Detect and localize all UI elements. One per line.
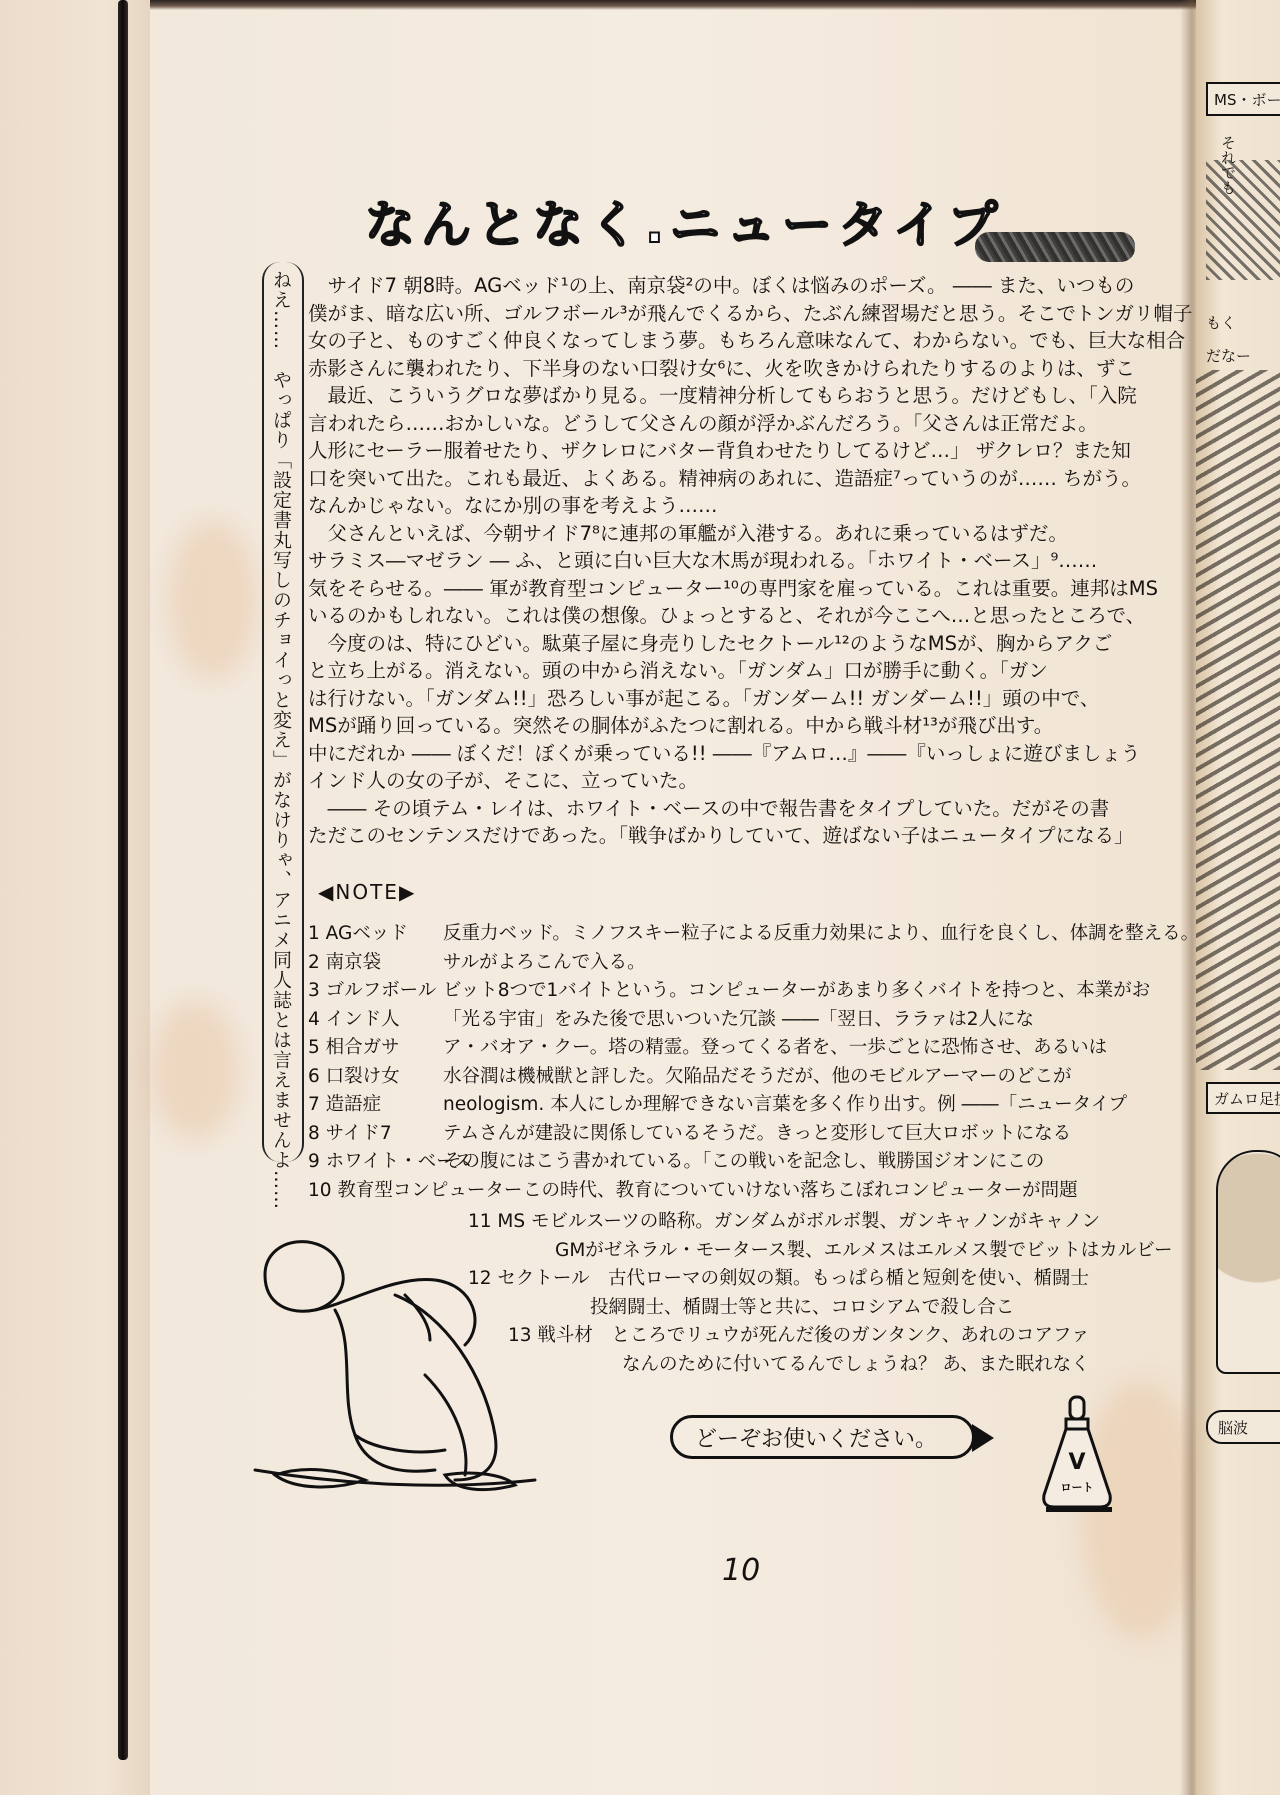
body-line: いるのかもしれない。これは僕の想像。ひょっとすると、それが今ここへ…と思ったとこ… [308,602,1208,630]
comic-caption-box: MS・ボール [1206,82,1280,116]
page-top-shadow [150,0,1280,10]
page-number: 10 [722,1553,760,1588]
note-term: 3 ゴルフボール [308,977,443,1006]
body-line: 人形にセーラー服着せたり、ザクレロにバター背負わせたりしてるけど…」 ザクレロ？… [308,437,1208,465]
body-line: 女の子と、ものすごく仲良くなってしまう夢。もちろん意味なんて、わからない。でも、… [308,327,1208,355]
note-item: 5 相合ガサア・バオア・クー。塔の精霊。登ってくる者を、一歩ごとに恐怖させ、ある… [308,1034,1208,1063]
body-line: サラミス―マゼラン ― ふ、と頭に白い巨大な木馬が現われる。「ホワイト・ベース」… [308,547,1208,575]
note-item: 8 サイド7テムさんが建設に関係しているそうだ。きっと変形して巨大ロボットになる [308,1120,1208,1149]
note-desc: 反重力ベッド。ミノフスキー粒子による反重力効果により、血行を良くし、体調を整える… [443,920,1199,949]
note-desc: ビット8つで1バイトという。コンピューターがあまり多くバイトを持つと、本業がお [443,977,1150,1006]
bottle-label-rohto: ロート [1061,1481,1094,1494]
page-title: なんとなく.ニュータイプ [365,185,1004,257]
comic-text-fragment: だなー [1206,345,1251,366]
note-term: 9 ホワイト・ベース [308,1148,443,1177]
page-sheet [150,0,1200,1795]
author-scribble [975,232,1135,262]
comic-caption-box: 脳波 [1206,1410,1280,1444]
paper-stain [168,520,258,680]
body-line: ただこのセンテンスだけであった。「戦争ばかりしていて、遊ばない子はニュータイプに… [308,822,1208,850]
note-term: 10 教育型コンピューター [308,1177,523,1206]
comic-caption-bottom: 脳波 [1218,1417,1248,1438]
note-item: 12 セクトール 古代ローマの剣奴の類。もっぱら楯と短剣を使い、楯闘士 [468,1265,1228,1294]
binding-edge [118,0,128,1760]
body-line: インド人の女の子が、そこに、立っていた。 [308,767,1208,795]
note-desc: その腹にはこう書かれている。「この戦いを記念し、戦勝国ジオンにこの [443,1148,1044,1177]
note-term: 1 AGベッド [308,920,443,949]
comic-artwork [1196,370,1280,1070]
body-line: 口を突いて出た。これも最近、よくある。精神病のあれに、造語症⁷っていうのが…… … [308,465,1208,493]
note-item: 9 ホワイト・ベースその腹にはこう書かれている。「この戦いを記念し、戦勝国ジオン… [308,1148,1208,1177]
body-line: MSが踊り回っている。突然その胴体がふたつに割れる。中から戦斗材¹³が飛び出す。 [308,712,1208,740]
note-item: 4 インド人「光る宇宙」をみた後で思いついた冗談 ――「翌日、ララァは2人にな [308,1006,1208,1035]
note-item: 6 口裂け女水谷潤は機械獣と評した。欠陥品だそうだが、他のモビルアーマーのどこが [308,1063,1208,1092]
paper-stain [150,1000,240,1140]
eye-drop-bottle-icon: V ロート [1038,1395,1116,1513]
note-desc: テムさんが建設に関係しているそうだ。きっと変形して巨大ロボットになる [443,1120,1071,1149]
body-line: サイド7 朝8時。AGベッド¹の上、南京袋²の中。ぼくは悩みのポーズ。 ―― ま… [308,272,1208,300]
body-line: と立ち上がる。消えない。頭の中から消えない。「ガンダム」口が勝手に動く。「ガン [308,657,1208,685]
bottle-label-v: V [1068,1450,1085,1475]
note-item: 1 AGベッド反重力ベッド。ミノフスキー粒子による反重力効果により、血行を良くし… [308,920,1208,949]
comic-artwork [1206,160,1280,280]
speech-bubble: どーぞお使いください。 [670,1415,975,1459]
note-item: 7 造語症neologism. 本人にしか理解できない言葉を多く作り出す。例 ―… [308,1091,1208,1120]
sitting-boy-illustration [245,1235,540,1500]
note-item: 13 戦斗材 ところでリュウが死んだ後のガンタンク、あれのコアファ [508,1322,1228,1351]
body-line: 言われたら……おかしいな。どうして父さんの顔が浮かぶんだろう。「父さんは正常だよ… [308,410,1208,438]
body-line: 最近、こういうグロな夢ばかり見る。一度精神分析してもらおうと思う。だけどもし、「… [308,382,1208,410]
note-item: なんのために付いてるんでしょうね？ あ、また眠れなく [622,1351,1228,1380]
adjacent-comic-page: MS・ボール それでも もく だなー ガムロ足技 脳波 [1196,0,1280,1795]
body-line: 父さんといえば、今朝サイド7⁸に連邦の軍艦が入港する。あれに乗っているはずだ。 [308,520,1208,548]
note-item: 投網闘士、楯闘士等と共に、コロシアムで殺し合こ [590,1294,1228,1323]
notes-list: 1 AGベッド反重力ベッド。ミノフスキー粒子による反重力効果により、血行を良くし… [308,920,1208,1205]
note-desc: neologism. 本人にしか理解できない言葉を多く作り出す。例 ――「ニュー… [443,1091,1127,1120]
notes-list-indented: 11 MS モビルスーツの略称。ガンダムがボルボ製、ガンキャノンがキャノン GM… [468,1208,1228,1379]
note-term: 2 南京袋 [308,949,443,978]
note-term: 5 相合ガサ [308,1034,443,1063]
notes-heading: ◀NOTE▶ [318,880,416,904]
note-desc: ア・バオア・クー。塔の精霊。登ってくる者を、一歩ごとに恐怖させ、あるいは [443,1034,1107,1063]
body-line: なんかじゃない。なにか別の事を考えよう…… [308,492,1208,520]
comic-caption-top: MS・ボール [1214,89,1280,110]
note-term: 6 口裂け女 [308,1063,443,1092]
note-desc: サルがよろこんで入る。 [443,949,646,978]
note-desc: 水谷潤は機械獣と評した。欠陥品だそうだが、他のモビルアーマーのどこが [443,1063,1071,1092]
note-desc: 「光る宇宙」をみた後で思いついた冗談 ――「翌日、ララァは2人にな [443,1006,1034,1035]
body-line: 僕がま、暗な広い所、ゴルフボール³が飛んでくるから、たぶん練習場だと思う。そこで… [308,300,1208,328]
note-item: 3 ゴルフボールビット8つで1バイトという。コンピューターがあまり多くバイトを持… [308,977,1208,1006]
comic-caption-box: ガムロ足技 [1206,1082,1280,1114]
note-term: 7 造語症 [308,1091,443,1120]
body-line: 気をそらせる。―― 軍が教育型コンピューター¹⁰の専門家を雇っている。これは重要… [308,575,1208,603]
comic-character-face [1216,1150,1280,1374]
body-line: 赤影さんに襲われたり、下半身のない口裂け女⁶に、火を吹きかけられたりするのよりは… [308,355,1208,383]
speech-bubble-tail [972,1424,994,1452]
note-desc: この時代、教育についていけない落ちこぼれコンピューターが問題 [523,1177,1078,1206]
note-item: 10 教育型コンピューターこの時代、教育についていけない落ちこぼれコンピューター… [308,1177,1208,1206]
note-term: 8 サイド7 [308,1120,443,1149]
body-line: 今度のは、特にひどい。駄菓子屋に身売りしたセクトール¹²のようなMSが、胸からア… [308,630,1208,658]
note-item: GMがゼネラル・モータース製、エルメスはエルメス製でビットはカルビー [555,1237,1228,1266]
comic-text-fragment: もく [1206,312,1236,333]
note-term: 4 インド人 [308,1006,443,1035]
body-line: ―― その頃テム・レイは、ホワイト・ベースの中で報告書をタイプしていた。だがその… [308,795,1208,823]
comic-caption-mid: ガムロ足技 [1214,1088,1280,1109]
sidebar-note: ねえ…… やっぱり「設定書丸写しのチョイっと変え」がなけりゃ、アニメ同人誌とは言… [268,270,294,1210]
body-text: サイド7 朝8時。AGベッド¹の上、南京袋²の中。ぼくは悩みのポーズ。 ―― ま… [308,272,1208,850]
body-line: は行けない。「ガンダム!!」恐ろしい事が起こる。「ガンダーム!! ガンダーム!!… [308,685,1208,713]
note-item: 2 南京袋サルがよろこんで入る。 [308,949,1208,978]
note-item: 11 MS モビルスーツの略称。ガンダムがボルボ製、ガンキャノンがキャノン [468,1208,1228,1237]
body-line: 中にだれか ―― ぼくだ！ぼくが乗っている!! ――『アムロ…』――『いっしょに… [308,740,1208,768]
